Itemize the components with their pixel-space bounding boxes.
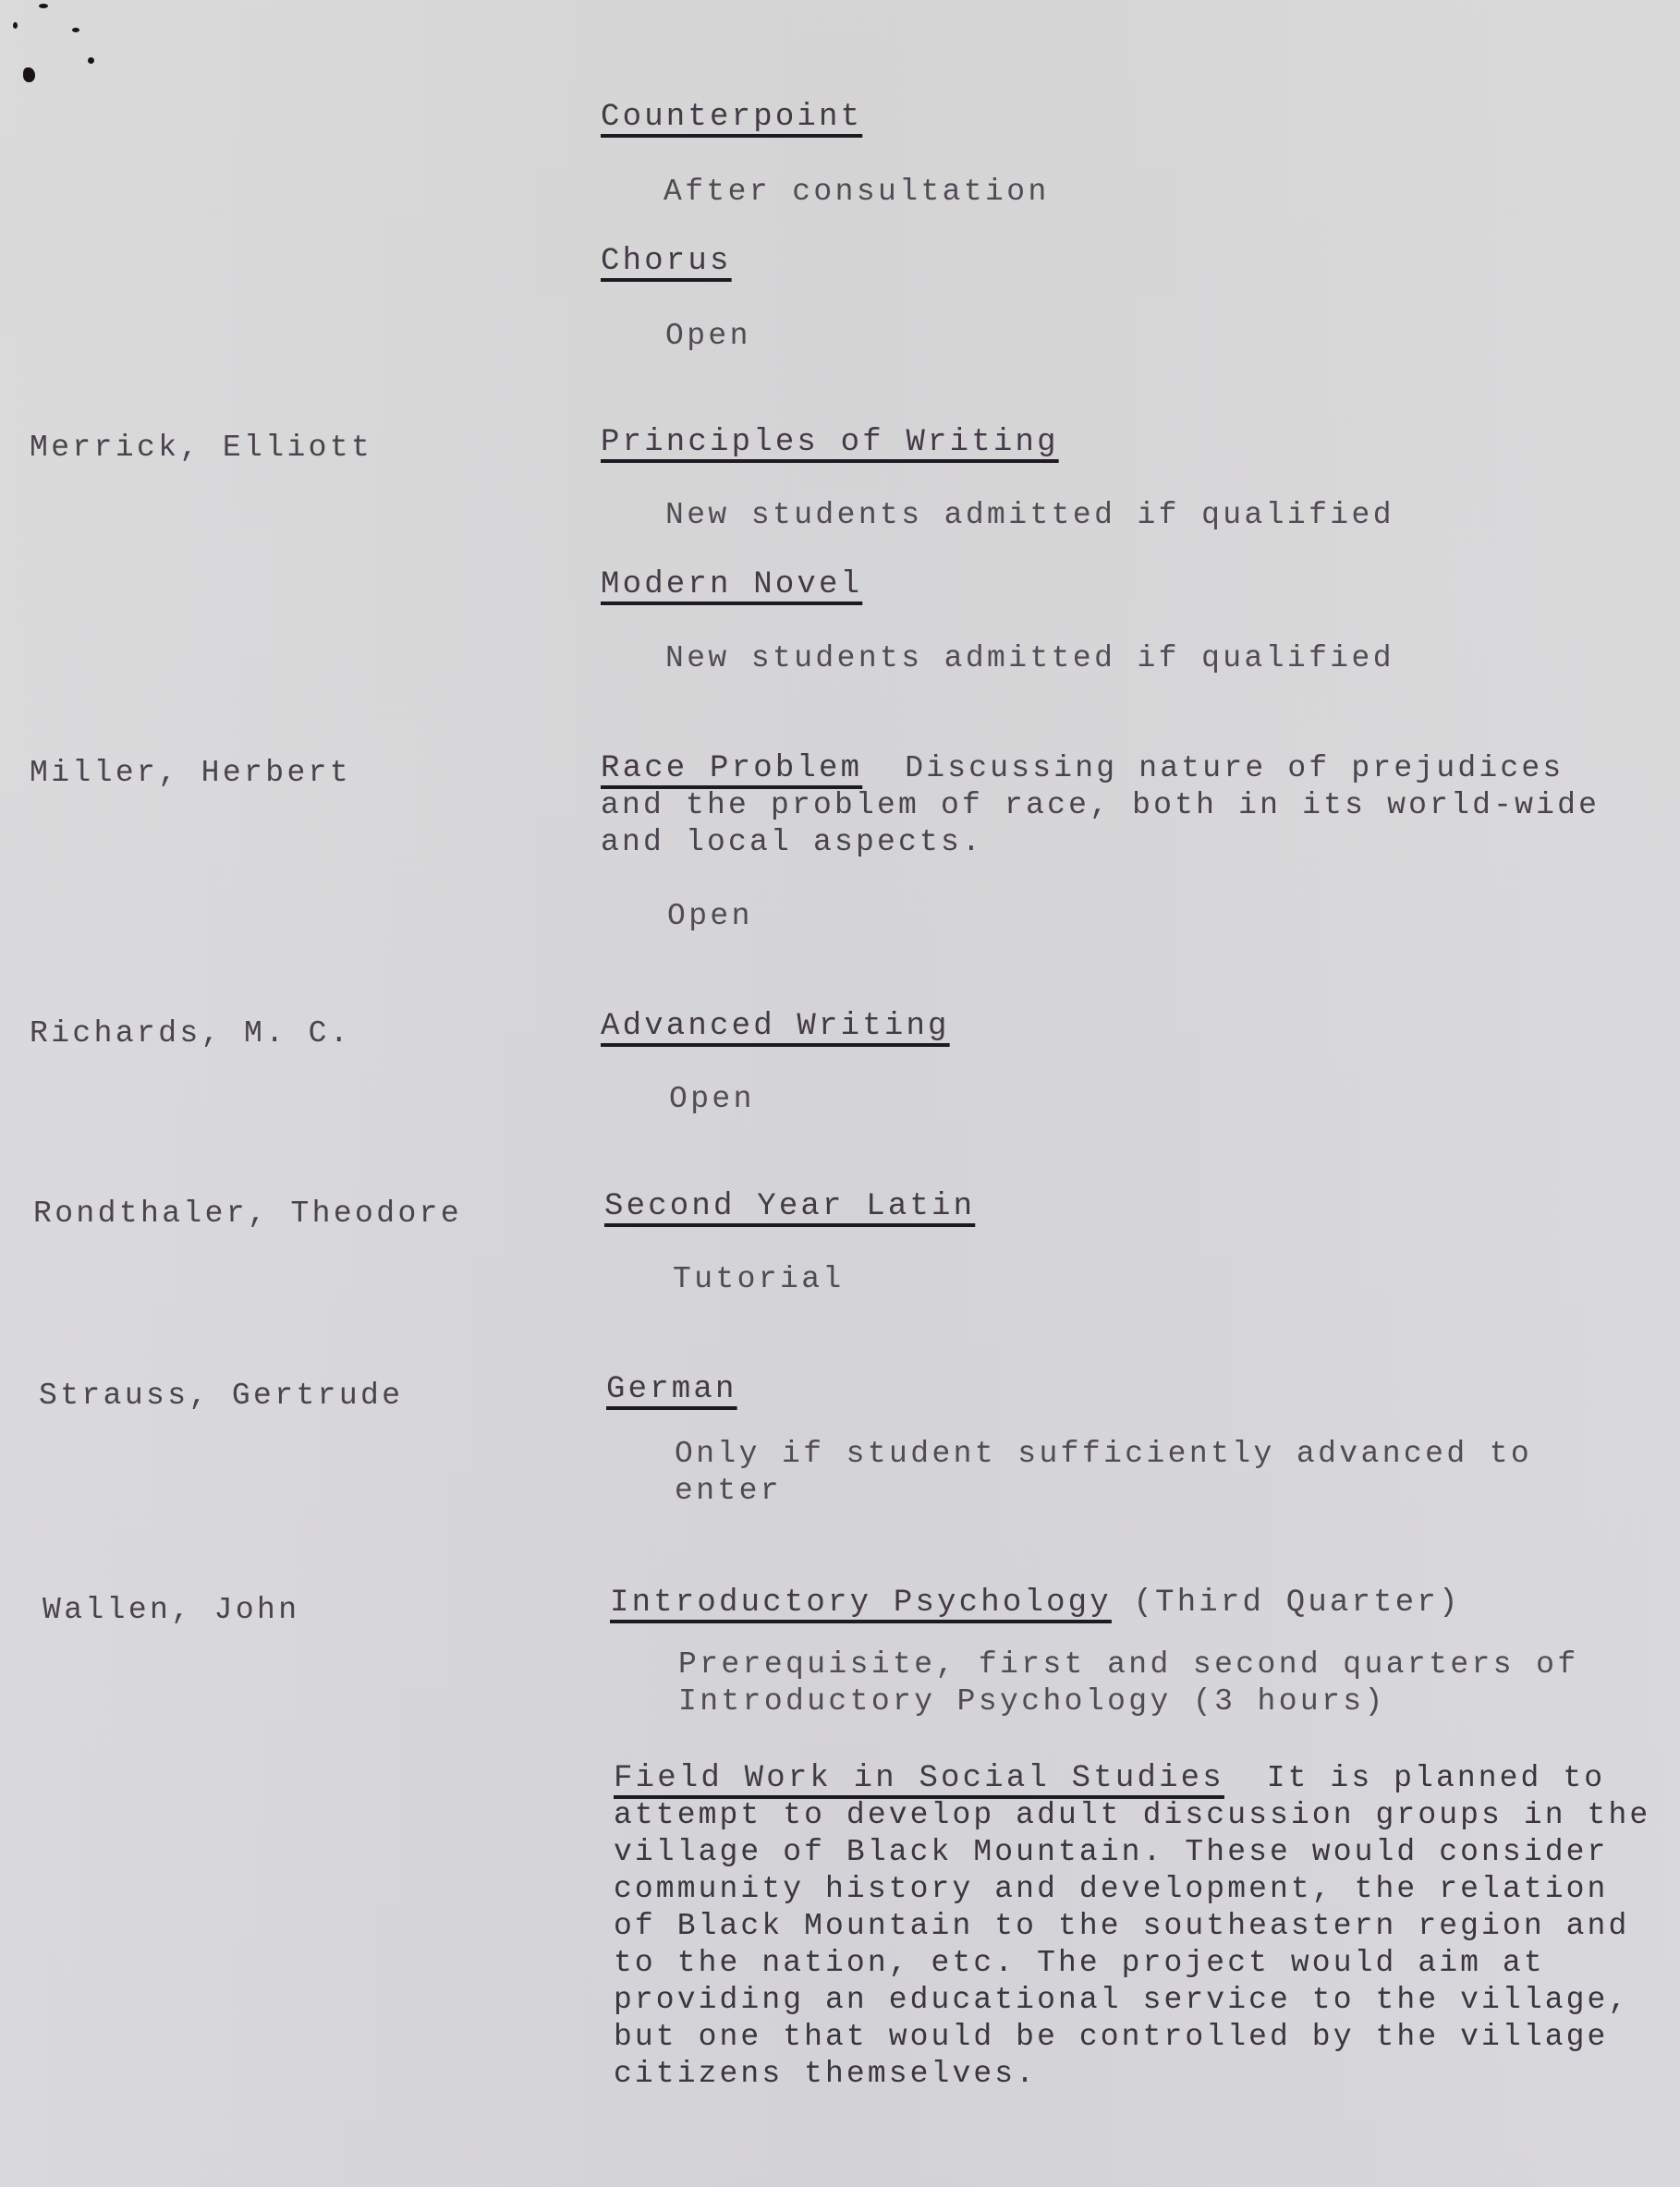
course-title: Counterpoint — [601, 100, 862, 135]
course-title: Principles of Writing — [601, 425, 1059, 460]
course-description: Discussing nature of prejudices — [905, 751, 1564, 785]
course-introductory-psychology: Introductory Psychology (Third Quarter) — [601, 1586, 1645, 1621]
course-description: citizens themselves. — [614, 2056, 1658, 2093]
course-note-text: Only if student sufficiently advanced to — [675, 1436, 1645, 1473]
course-note: After consultation — [601, 174, 1645, 211]
instructor-name: Richards, M. C. — [30, 1016, 351, 1051]
course-title: Introductory Psychology — [610, 1586, 1112, 1621]
course-note-text: Open — [669, 1081, 1645, 1118]
course-title: Field Work in Social Studies — [614, 1761, 1224, 1796]
course-principles-of-writing: Principles of Writing — [601, 425, 1645, 460]
course-description: to the nation, etc. The project would ai… — [614, 1945, 1658, 1982]
course-note-text: New students admitted if qualified — [665, 497, 1645, 534]
ink-speck — [23, 67, 35, 82]
course-note: Tutorial — [601, 1261, 1645, 1298]
ink-speck — [39, 4, 48, 8]
course-title: Advanced Writing — [601, 1009, 950, 1044]
course-description: of Black Mountain to the southeastern re… — [614, 1908, 1658, 1945]
course-title: German — [606, 1372, 737, 1407]
course-german: German — [601, 1372, 1645, 1407]
course-advanced-writing: Advanced Writing — [601, 1009, 1645, 1044]
course-title-suffix: (Third Quarter) — [1134, 1586, 1461, 1621]
course-note-text: Open — [665, 318, 1645, 355]
course-note: Open — [601, 1081, 1645, 1118]
course-description: but one that would be controlled by the … — [614, 2019, 1658, 2056]
course-note: Open — [601, 898, 1645, 935]
ink-speck — [13, 22, 18, 29]
course-description: village of Black Mountain. These would c… — [614, 1834, 1658, 1871]
course-note-text: After consultation — [663, 174, 1645, 211]
course-title: Second Year Latin — [604, 1189, 975, 1224]
course-note-text: Prerequisite, first and second quarters … — [678, 1646, 1645, 1683]
course-description: and the problem of race, both in its wor… — [601, 787, 1645, 824]
course-note: Prerequisite, first and second quarters … — [601, 1646, 1645, 1720]
instructor-name: Strauss, Gertrude — [39, 1379, 403, 1413]
course-description: providing an educational service to the … — [614, 1982, 1658, 2019]
course-description: It is planned to — [1267, 1761, 1605, 1795]
document-page: Counterpoint After consultation Chorus O… — [0, 0, 1680, 2187]
course-second-year-latin: Second Year Latin — [601, 1189, 1645, 1224]
course-note: New students admitted if qualified — [601, 640, 1645, 677]
course-title: Race Problem — [601, 751, 862, 786]
course-note: Open — [601, 318, 1645, 355]
course-field-work: Field Work in Social Studies It is plann… — [614, 1760, 1658, 2093]
course-note: Only if student sufficiently advanced to… — [601, 1436, 1645, 1510]
instructor-name: Merrick, Elliott — [30, 431, 372, 465]
course-counterpoint: Counterpoint — [601, 100, 1645, 135]
course-race-problem: Race Problem Discussing nature of prejud… — [601, 750, 1645, 861]
course-note-text: Introductory Psychology (3 hours) — [678, 1683, 1645, 1720]
course-description: attempt to develop adult discussion grou… — [614, 1797, 1658, 1834]
course-note: New students admitted if qualified — [601, 497, 1645, 534]
course-description: community history and development, the r… — [614, 1871, 1658, 1908]
course-note-text: New students admitted if qualified — [665, 640, 1645, 677]
instructor-name: Wallen, John — [43, 1593, 299, 1627]
ink-speck — [88, 57, 94, 64]
course-chorus: Chorus — [601, 244, 1645, 279]
course-modern-novel: Modern Novel — [601, 567, 1645, 602]
course-description: and local aspects. — [601, 824, 1645, 861]
course-note-text: enter — [675, 1473, 1645, 1510]
instructor-name: Rondthaler, Theodore — [33, 1197, 462, 1231]
ink-speck — [72, 28, 79, 32]
course-note-text: Tutorial — [673, 1261, 1645, 1298]
course-title: Modern Novel — [601, 567, 862, 602]
course-title: Chorus — [601, 244, 732, 279]
course-note-text: Open — [667, 898, 1645, 935]
instructor-name: Miller, Herbert — [30, 756, 351, 790]
